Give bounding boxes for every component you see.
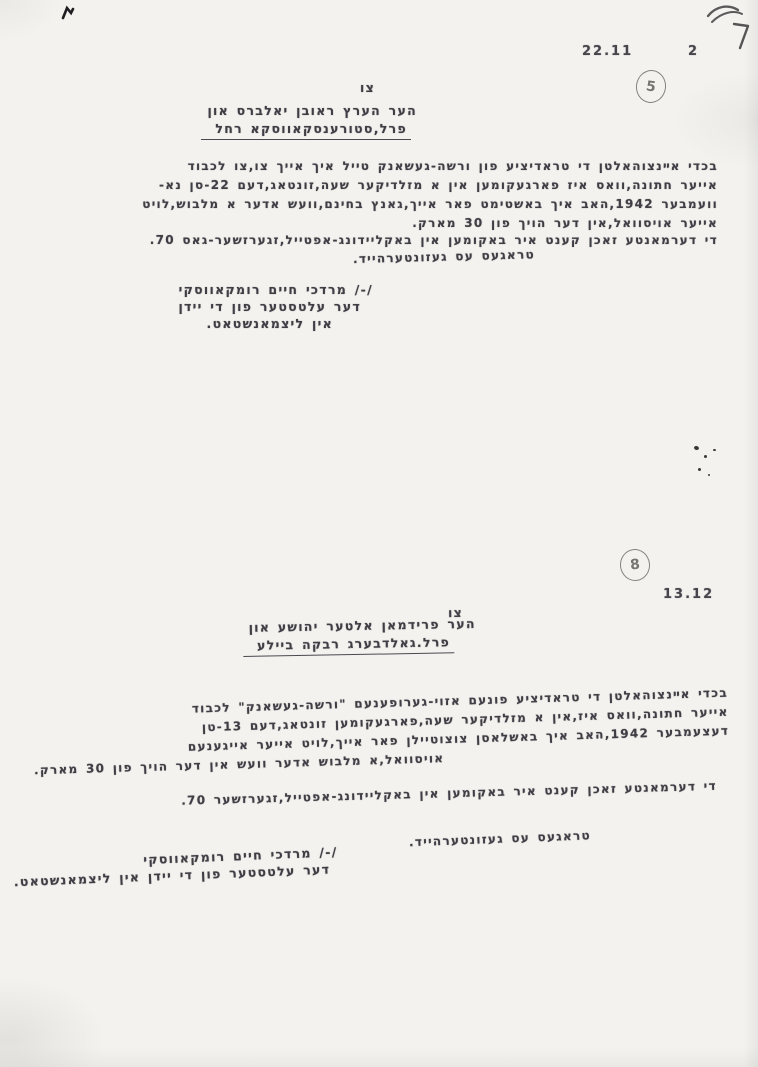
circled-number-badge: 5 (634, 68, 668, 105)
letter1-signature-title: דער עלטסטער פון די יידן (150, 298, 361, 315)
letter2-signature-block: /-/ מרדכי חיים רומקאווסקי דער עלטסטער פו… (51, 843, 338, 888)
letter1-signature-block: /-/ מרדכי חיים רומקאווסקי דער עלטסטער פו… (150, 281, 373, 332)
ink-speck (693, 445, 699, 450)
circled-number-value: 8 (629, 557, 640, 574)
scanned-document-page: { "scan": { "top_date": "22.11", "top_pa… (0, 0, 758, 1067)
pencil-scribble-icon (700, 0, 756, 52)
ink-speck (698, 468, 701, 471)
letter2-closing-line: טראגעס עס געזונטערהייד. (396, 826, 592, 852)
ink-mark-icon (60, 4, 76, 22)
letter1-recipient-line1: הער הערץ ראובן יאלברס און (203, 102, 417, 120)
letter1-salutation: צו (360, 78, 375, 97)
ink-speck (708, 474, 710, 476)
letter2-recipient-line2: פרל.גאלדבערג רבקה ביילע (243, 633, 454, 657)
letter2-recipient-block: הער פרידמאן אלטער יהושע און פרל.גאלדבערג… (236, 615, 477, 657)
circled-number-value: 5 (645, 78, 657, 95)
document-date: 22.11 (582, 42, 633, 61)
letter1-pickup-line: די דערמאנטע זאכן קענט איר באקומען אין בא… (44, 231, 718, 250)
circled-number-badge: 8 (618, 548, 651, 583)
letter1-recipient-block: הער הערץ ראובן יאלברס און פרל,סטורענסקאו… (203, 102, 417, 140)
letter1-recipient-line2: פרל,סטורענסקאווסקא רחל (201, 120, 411, 140)
letter1-signature-city: אין ליצמאנשטאט. (150, 315, 333, 332)
letter1-closing-line: טראגעס עס געזונטערהייד. (330, 245, 535, 269)
letter1-body-line: אייער חתונה,וואס איז פארגעקומען אין א מז… (44, 176, 718, 195)
letter2-body: בכדי אײנצוהאלטן די טראדיציע פונעם אזוי-ג… (32, 684, 730, 781)
second-document-date: 13.12 (663, 585, 714, 604)
letter1-body-line: בכדי אײנצוהאלטן די טראדיציע פון ורשה-געש… (44, 157, 718, 176)
letter1-body: בכדי אײנצוהאלטן די טראדיציע פון ורשה-געש… (44, 157, 718, 233)
ink-speck (713, 449, 716, 451)
letter1-signature-name: /-/ מרדכי חיים רומקאווסקי (150, 281, 373, 298)
letter1-body-line: וועמבער 1942,האב איך באשטימט פאר אייך,גא… (44, 195, 718, 214)
ink-speck (704, 455, 707, 458)
page-number: 2 (688, 42, 699, 61)
letter2-pickup-line: די דערמאנטע זאכן קענט איר באקומען אין בא… (55, 777, 717, 814)
